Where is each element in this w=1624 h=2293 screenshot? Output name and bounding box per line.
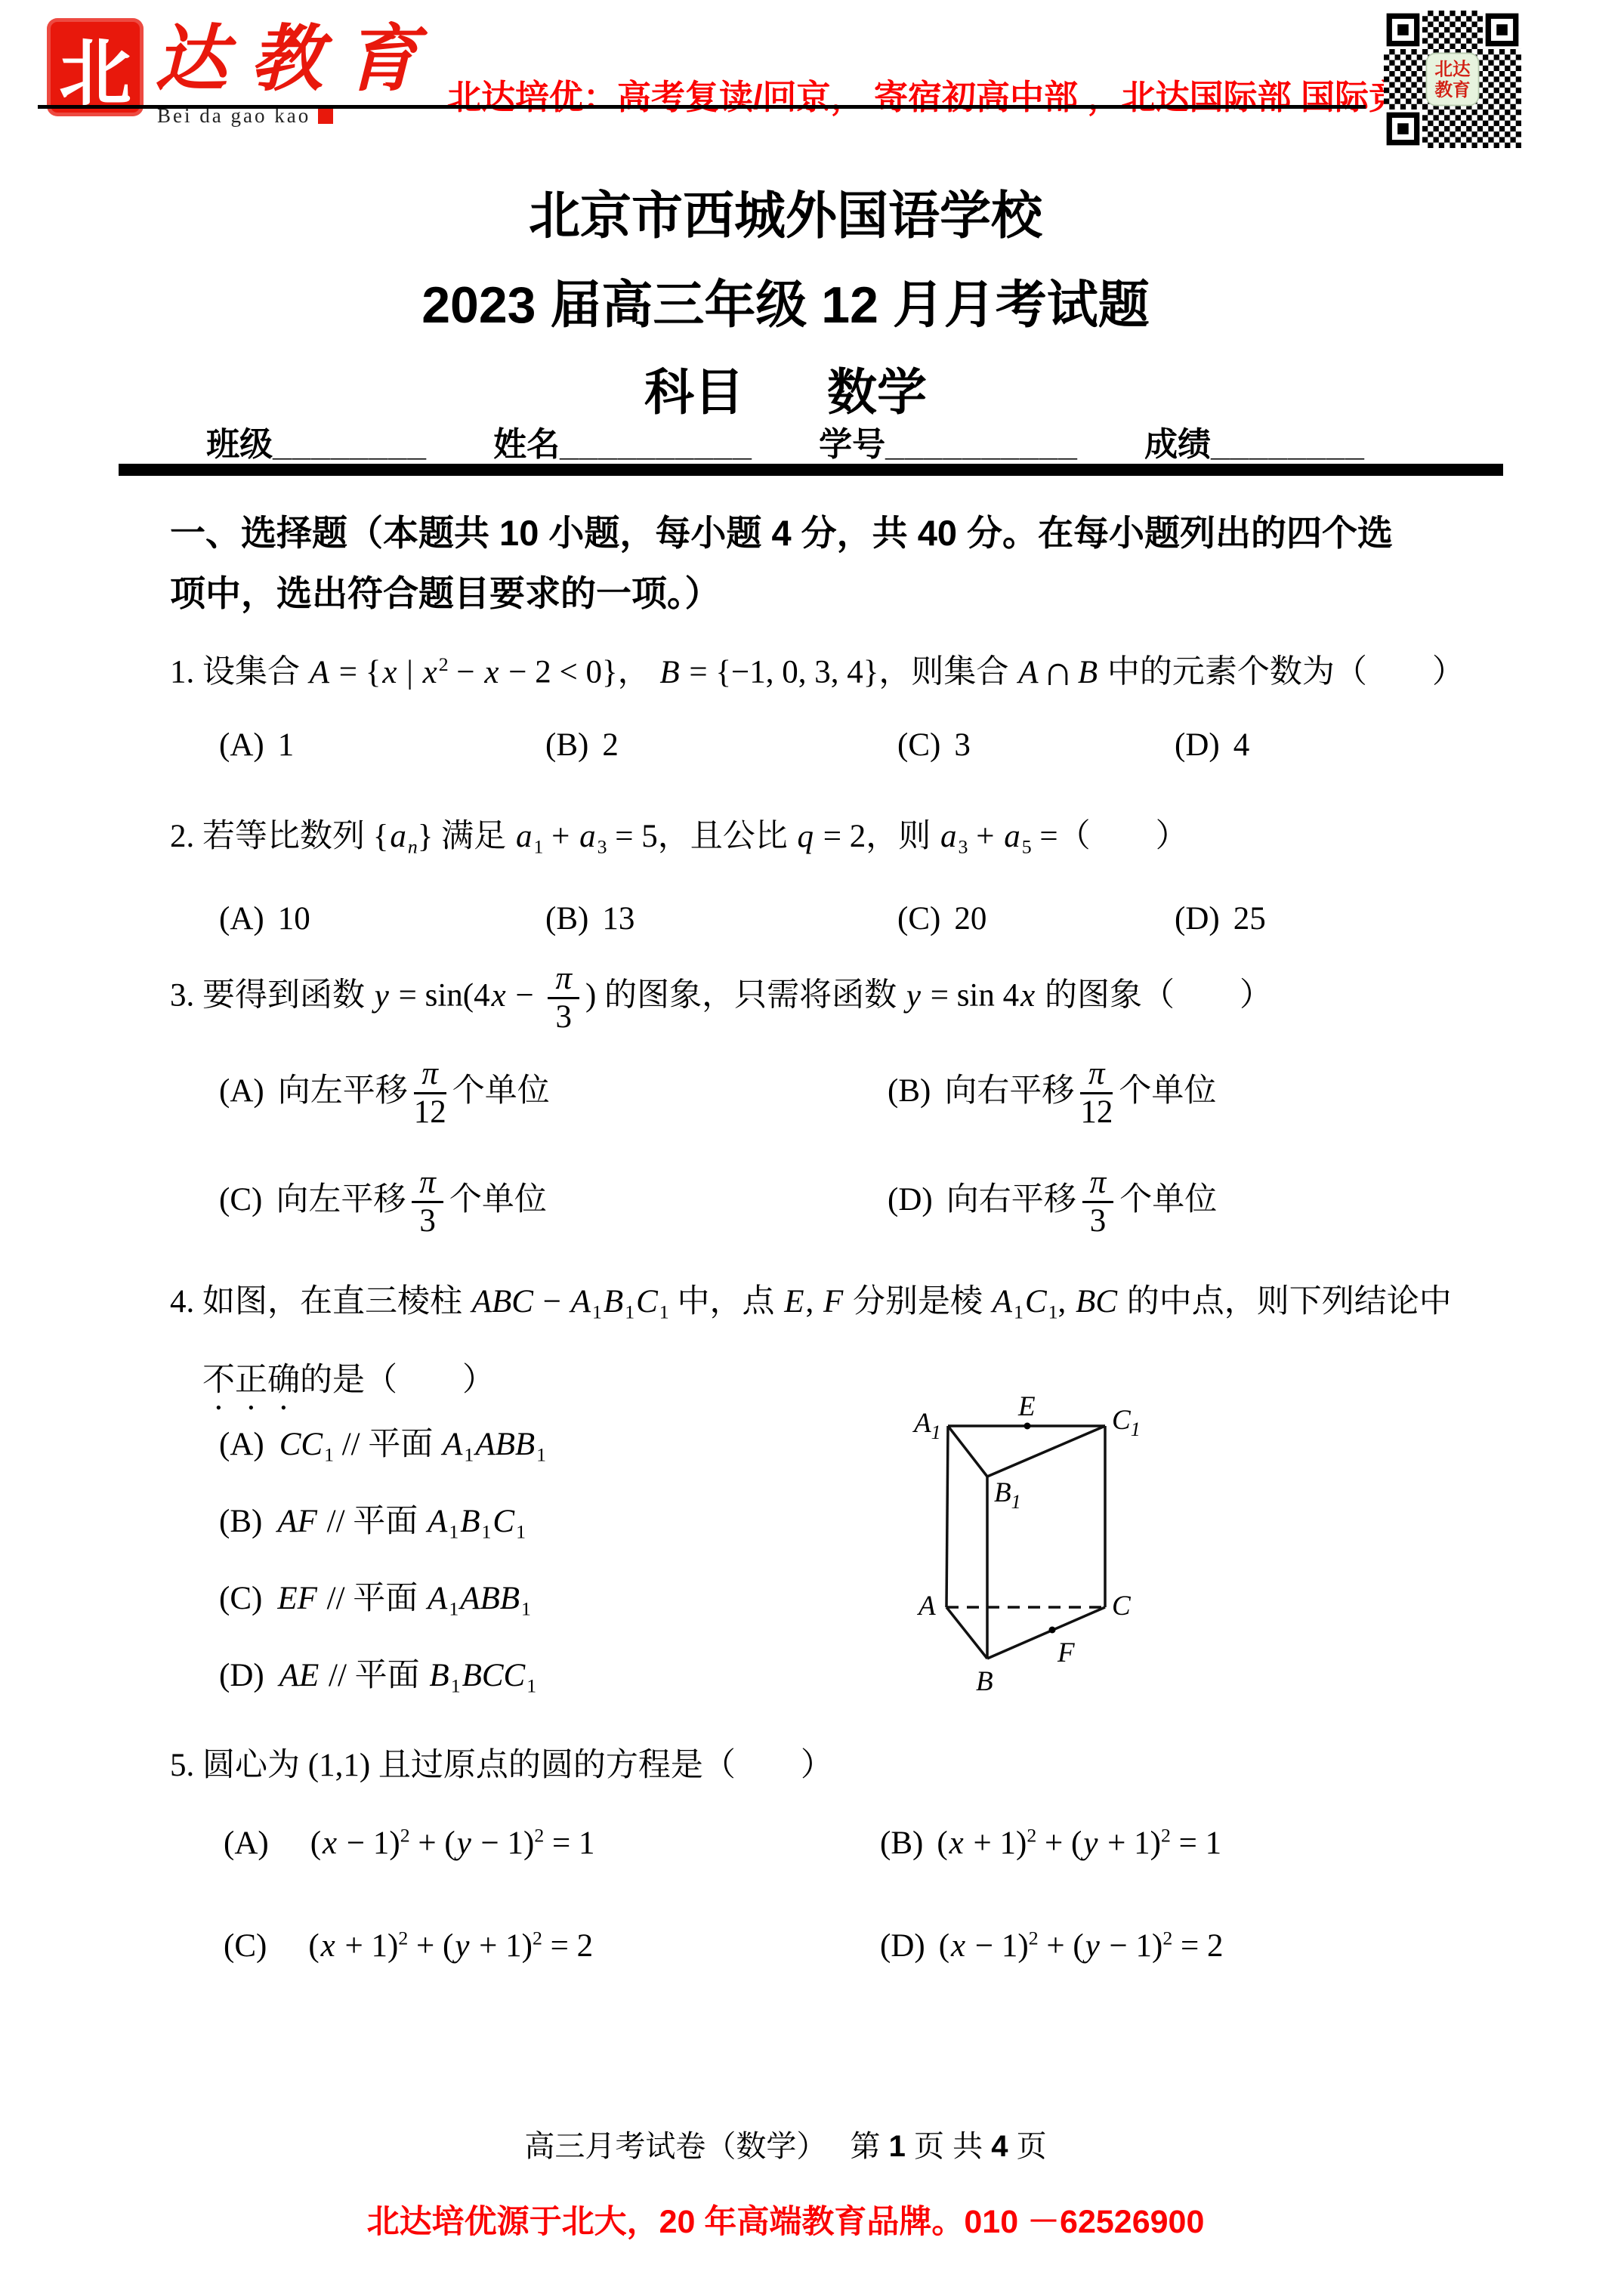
prism-edges <box>946 1426 1105 1659</box>
qr-finder-top-left <box>1384 11 1422 49</box>
question-5-stem: 5. 圆心为 (1,1) 且过原点的圆的方程是（ ） <box>170 1742 1514 1791</box>
option-label: (D) <box>1175 901 1220 937</box>
info-blank-name: __________ <box>560 426 752 463</box>
question-4-option-d: (D)AE // 平面 B1BCC1 <box>219 1650 536 1697</box>
option-label: (C) <box>219 1182 262 1217</box>
section-heading-line1: 一、选择题（本题共 10 小题，每小题 4 分，共 40 分。在每小题列出的四个… <box>170 503 1499 563</box>
option-value: EF // 平面 A1ABB1 <box>276 1581 531 1616</box>
qr-center-label-line2: 教育 <box>1434 79 1470 100</box>
question-4-stem-line2: 不正确的是（ ） <box>202 1356 1547 1417</box>
info-field-student-id: 学号__________ <box>819 426 1078 463</box>
header-slogan: 北达培优：高考复读/回京， 寄宿初高中部 ，北达国际部 国际竞赛部 <box>447 69 1471 119</box>
option-value: 向左平移π3个单位 <box>276 1182 547 1217</box>
header-divider <box>38 105 1366 109</box>
option-value: AE // 平面 B1BCC1 <box>278 1658 536 1693</box>
question-4-option-a: (A)CC1 // 平面 A1ABB1 <box>219 1418 546 1466</box>
option-value: (x − 1)2 + (y − 1)2 = 1 <box>310 1825 595 1861</box>
logo-stamp-character: 北 <box>59 16 131 119</box>
logo-stamp: 北 <box>47 18 144 116</box>
option-label: (C) <box>897 901 940 937</box>
qr-center-badge: 北达 教育 <box>1426 53 1478 105</box>
option-label: (A) <box>224 1825 269 1861</box>
question-4-option-c: (C)EF // 平面 A1ABB1 <box>219 1572 531 1620</box>
info-blank-class: ________ <box>273 426 427 463</box>
exam-page: 北 达教育 Bei da gao kao 北达培优：高考复读/回京， 寄宿初高中… <box>0 0 1624 2293</box>
question-3-option-c: (C)向左平移π3个单位 <box>219 1165 547 1239</box>
option-value: 向左平移π12个单位 <box>278 1073 550 1109</box>
edge-A1A <box>946 1426 948 1607</box>
option-value: 3 <box>954 727 971 763</box>
question-5-option-b: (B)(x + 1)2 + (y + 1)2 = 1 <box>880 1825 1221 1862</box>
prism-diagram: A1 E C1 B1 A C B F <box>906 1387 1193 1711</box>
info-label-name: 姓名 <box>493 426 560 463</box>
vertex-label-F: F <box>1057 1637 1075 1668</box>
info-label-class: 班级 <box>206 426 273 463</box>
question-5-option-c: (C)(x + 1)2 + (y + 1)2 = 2 <box>224 1927 593 1964</box>
option-label: (B) <box>219 1504 262 1539</box>
option-label: (C) <box>897 727 940 763</box>
option-value: 25 <box>1233 901 1266 937</box>
info-label-student-id: 学号 <box>819 426 885 463</box>
footer-brand-slogan: 北达培优源于北大，20 年高端教育品牌。010 －62526900 <box>0 2196 1571 2242</box>
edge-A1B1 <box>948 1426 987 1477</box>
vertex-label-B1: B1 <box>994 1477 1021 1513</box>
vertex-label-A1: A1 <box>912 1408 941 1443</box>
info-label-score: 成绩 <box>1144 426 1211 463</box>
question-5-option-d: (D)(x − 1)2 + (y − 1)2 = 2 <box>880 1927 1224 1964</box>
question-2-option-c: (C)20 <box>897 900 986 937</box>
info-field-score: 成绩________ <box>1144 426 1365 463</box>
question-2-option-a: (A)10 <box>219 900 310 937</box>
page-title-school: 北京市西城外国语学校 <box>0 175 1571 248</box>
option-label: (A) <box>219 1073 264 1109</box>
option-value: 4 <box>1233 727 1250 763</box>
vertex-label-C1: C1 <box>1112 1405 1141 1440</box>
option-value: 10 <box>278 901 310 937</box>
qr-finder-bottom-left <box>1384 110 1422 148</box>
option-label: (C) <box>219 1581 262 1616</box>
question-1-stem: 1. 设集合 A = {x | x2 − x − 2 < 0}， B = {−1… <box>170 640 1514 704</box>
midpoint-E-dot <box>1024 1423 1031 1430</box>
vertex-label-C: C <box>1112 1591 1132 1622</box>
option-value: (x − 1)2 + (y − 1)2 = 2 <box>939 1928 1224 1964</box>
question-3-stem: 3. 要得到函数 y = sin(4x − π3) 的图象，只需将函数 y = … <box>170 961 1514 1035</box>
qr-finder-top-right <box>1483 11 1521 49</box>
option-label: (B) <box>545 727 588 763</box>
edge-B1C1 <box>987 1426 1105 1477</box>
question-1-option-a: (A)1 <box>219 727 294 764</box>
edge-AB <box>946 1607 987 1659</box>
page-title-subject: 科目数学 <box>0 352 1571 424</box>
subject-label: 科目 <box>644 364 744 420</box>
option-label: (A) <box>219 901 264 937</box>
option-label: (A) <box>219 727 264 763</box>
midpoint-F-dot <box>1049 1627 1056 1634</box>
question-4-option-b: (B)AF // 平面 A1B1C1 <box>219 1495 526 1543</box>
question-3-option-a: (A)向左平移π12个单位 <box>219 1056 550 1131</box>
option-label: (D) <box>888 1182 933 1217</box>
option-value: 向右平移π12个单位 <box>944 1073 1216 1109</box>
option-label: (D) <box>219 1658 264 1693</box>
qr-code: 北达 教育 <box>1384 11 1521 148</box>
title-divider-bar <box>119 464 1503 476</box>
info-blank-score: ________ <box>1211 426 1365 463</box>
info-field-name: 姓名__________ <box>493 426 752 463</box>
option-label: (D) <box>1175 727 1220 763</box>
section-heading: 一、选择题（本题共 10 小题，每小题 4 分，共 40 分。在每小题列出的四个… <box>170 503 1499 624</box>
info-blank-student-id: __________ <box>885 426 1078 463</box>
question-3-option-d: (D)向右平移π3个单位 <box>888 1165 1217 1239</box>
option-value: 20 <box>954 901 986 937</box>
option-value: 1 <box>278 727 295 763</box>
question-2-option-b: (B)13 <box>545 900 634 937</box>
option-label: (C) <box>224 1928 267 1964</box>
option-label: (B) <box>880 1825 923 1861</box>
vertex-label-E: E <box>1017 1391 1036 1422</box>
page-title-exam: 2023 届高三年级 12 月月考试题 <box>0 264 1571 338</box>
option-label: (B) <box>888 1073 931 1109</box>
qr-center-label-line1: 北达 <box>1434 60 1471 80</box>
option-value: CC1 // 平面 A1ABB1 <box>278 1427 546 1462</box>
question-1-option-b: (B)2 <box>545 727 619 764</box>
question-2-stem: 2. 若等比数列 {an} 满足 a1 + a3 = 5，且公比 q = 2，则… <box>170 813 1514 862</box>
option-value: (x + 1)2 + (y + 1)2 = 2 <box>308 1928 593 1964</box>
section-heading-line2: 项中，选出符合题目要求的一项。） <box>170 563 1499 624</box>
option-value: 向右平移π3个单位 <box>946 1182 1218 1217</box>
question-2-option-d: (D)25 <box>1175 900 1266 937</box>
option-label: (D) <box>880 1928 925 1964</box>
edge-BC <box>987 1607 1105 1659</box>
option-label: (B) <box>545 901 588 937</box>
option-value: 13 <box>602 901 634 937</box>
question-4-stem-line1: 4. 如图，在直三棱柱 ABC − A1B1C1 中，点 E, F 分别是棱 A… <box>170 1278 1514 1327</box>
subject-value: 数学 <box>827 364 927 420</box>
vertex-label-A: A <box>916 1591 936 1622</box>
option-value: (x + 1)2 + (y + 1)2 = 1 <box>937 1825 1221 1861</box>
student-info-line: 班级________ 姓名__________ 学号__________ 成绩_… <box>0 417 1571 465</box>
question-1-option-d: (D)4 <box>1175 727 1249 764</box>
logo-bullet-icon <box>318 109 333 124</box>
info-field-class: 班级________ <box>206 426 427 463</box>
vertex-label-B: B <box>976 1666 993 1697</box>
option-value: 2 <box>602 727 619 763</box>
question-1-option-c: (C)3 <box>897 727 971 764</box>
footer-page-info: 高三月考试卷（数学） 第 1 页 共 4 页 <box>0 2122 1571 2165</box>
question-3-option-b: (B)向右平移π12个单位 <box>888 1056 1216 1131</box>
option-value: AF // 平面 A1B1C1 <box>276 1504 526 1539</box>
option-label: (A) <box>219 1427 264 1462</box>
question-5-option-a: (A)(x − 1)2 + (y − 1)2 = 1 <box>224 1825 595 1862</box>
logo-brand-text: 达教育 <box>155 20 440 100</box>
